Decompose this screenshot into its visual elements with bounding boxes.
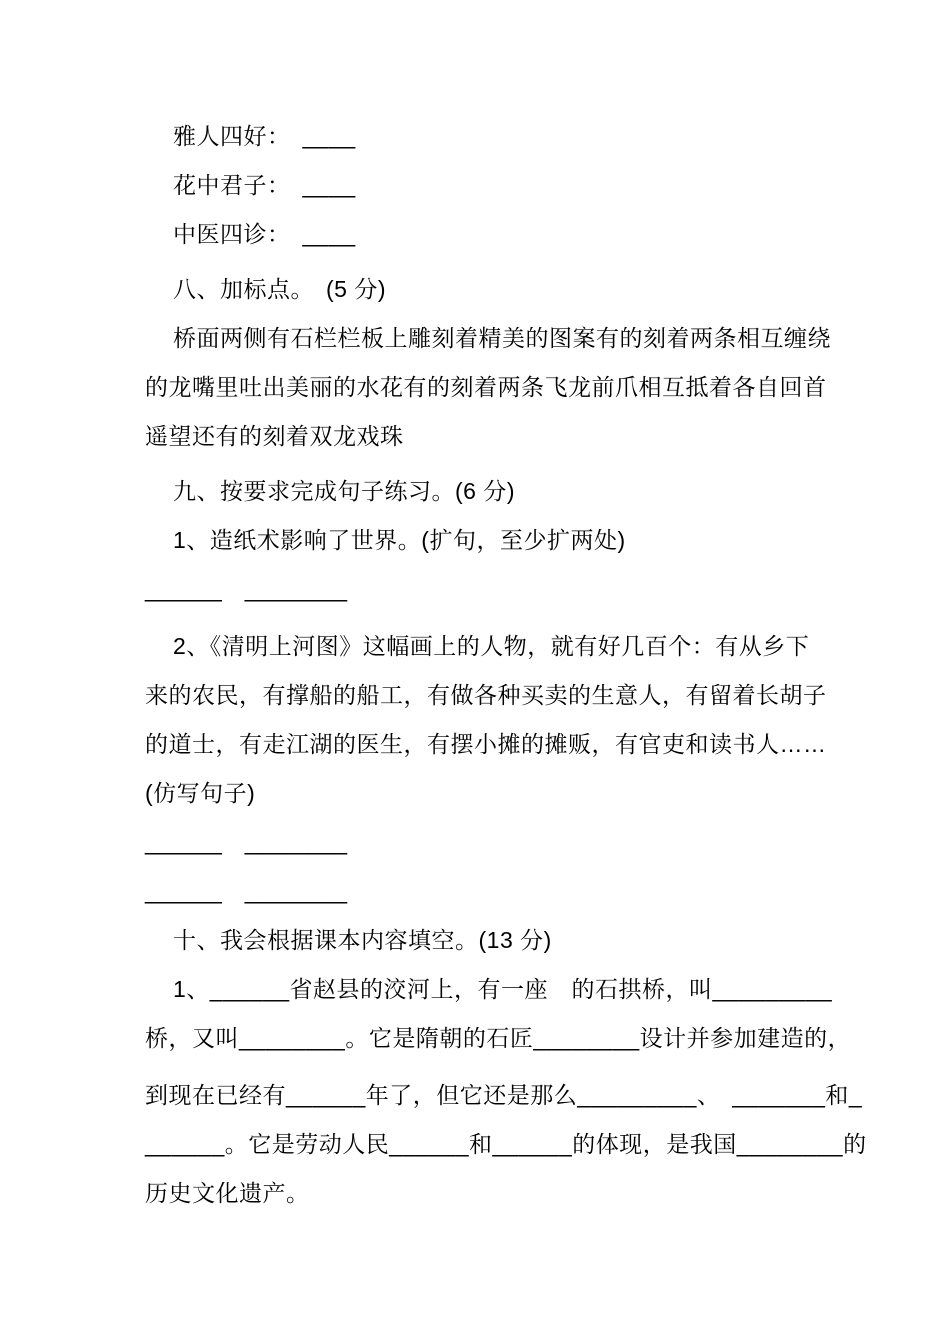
question-10-1-line: ______。它是劳动人民______和______的体现，是我国_______… (145, 1120, 840, 1169)
answer-blank-line: ______ ________ (145, 867, 840, 916)
punctuation-passage-line: 遥望还有的刻着双龙戏珠 (145, 412, 840, 461)
question-10-1-line: 桥，又叫________。它是隋朝的石匠________设计并参加建造的， (145, 1014, 840, 1063)
answer-blank-line: ______ ________ (145, 565, 840, 614)
question-9-2-line: (仿写句子) (145, 769, 840, 818)
vocab-blank-line: 雅人四好： ____ (145, 112, 840, 161)
question-9-2-line: 来的农民，有撑船的船工，有做各种买卖的生意人，有留着长胡子 (145, 671, 840, 720)
punctuation-passage-line: 桥面两侧有石栏栏板上雕刻着精美的图案有的刻着两条相互缠绕 (145, 314, 840, 363)
question-10-1-line: 到现在已经有______年了，但它还是那么_________、 _______和… (145, 1071, 840, 1120)
question-9-2-line: 2、《清明上河图》这幅画上的人物，就有好几百个：有从乡下 (145, 622, 840, 671)
answer-blank-line: ______ ________ (145, 818, 840, 867)
section-10-heading: 十、我会根据课本内容填空。(13 分) (145, 916, 840, 965)
document-page: 雅人四好： ____ 花中君子： ____ 中医四诊： ____ 八、加标点。 … (0, 0, 950, 1344)
question-9-2-line: 的道士，有走江湖的医生，有摆小摊的摊贩，有官吏和读书人…… (145, 720, 840, 769)
section-8-heading: 八、加标点。 (5 分) (145, 265, 840, 314)
question-9-1: 1、造纸术影响了世界。(扩句，至少扩两处) (145, 516, 840, 565)
question-10-1-line: 历史文化遗产。 (145, 1169, 840, 1218)
question-10-1-line: 1、______省赵县的洨河上，有一座 的石拱桥，叫_________ (145, 965, 840, 1014)
vocab-blank-line: 中医四诊： ____ (145, 210, 840, 259)
punctuation-passage-line: 的龙嘴里吐出美丽的水花有的刻着两条飞龙前爪相互抵着各自回首 (145, 363, 840, 412)
vocab-blank-line: 花中君子： ____ (145, 161, 840, 210)
section-9-heading: 九、按要求完成句子练习。(6 分) (145, 467, 840, 516)
